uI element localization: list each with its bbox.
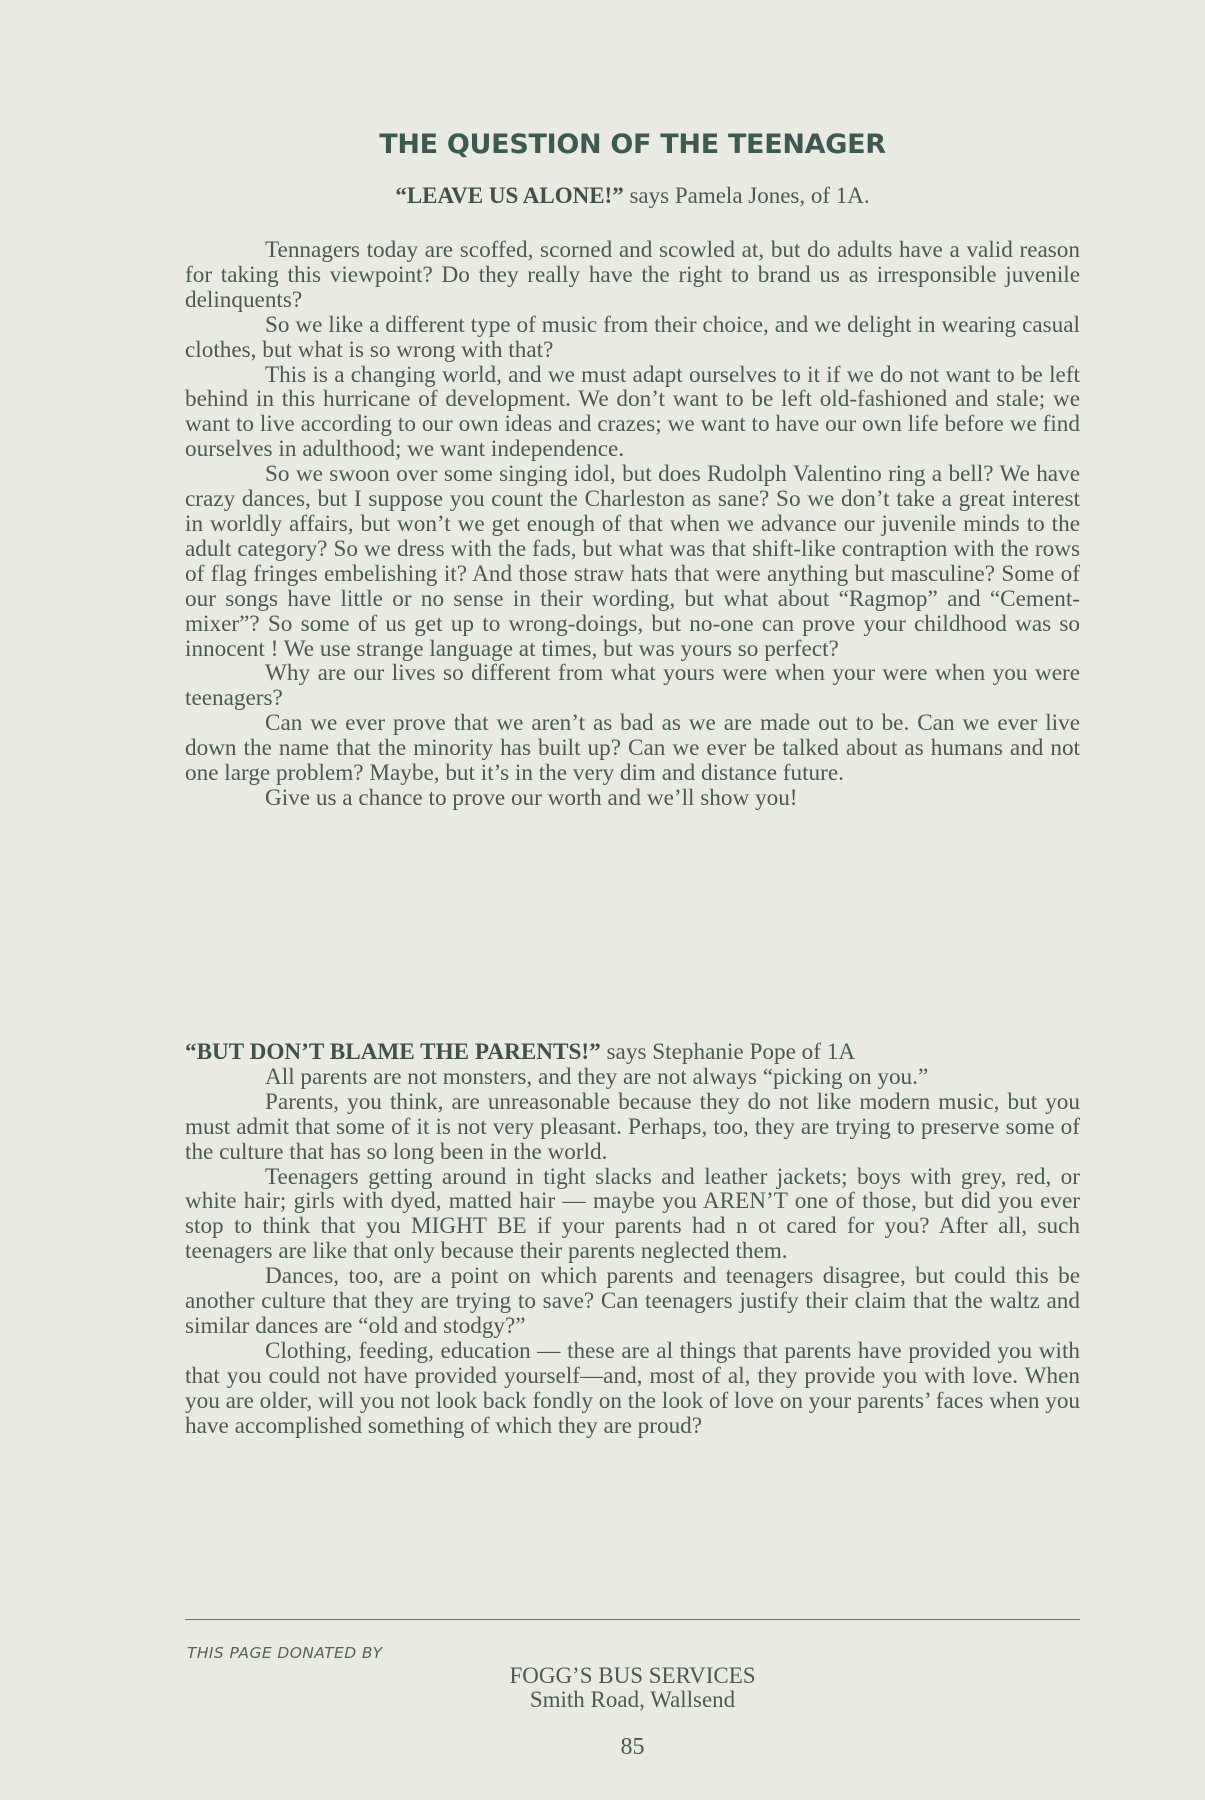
donated-label: THIS PAGE DONATED BY [187,1644,383,1662]
paragraph: This is a changing world, and we must ad… [185,363,1080,463]
paragraph: Teenagers getting around in tight slacks… [185,1165,1080,1265]
section-2-byline: “BUT DON’T BLAME THE PARENTS!” says Step… [185,1040,1080,1065]
sponsor-name: FOGG’S BUS SERVICES [185,1664,1080,1688]
paragraph: Can we ever prove that we aren’t as bad … [185,711,1080,786]
page-number: 85 [185,1734,1080,1761]
article-title: THE QUESTION OF THE TEENAGER [185,129,1080,160]
paragraph: All parents are not monsters, and they a… [185,1065,1080,1090]
paragraph: Parents, you think, are unreasonable bec… [185,1090,1080,1165]
paragraph: Give us a chance to prove our worth and … [185,786,1080,811]
section-1-author: says Pamela Jones, of 1A. [624,183,870,208]
paragraph: Dances, too, are a point on which parent… [185,1264,1080,1339]
paragraph: Tennagers today are scoffed, scorned and… [185,238,1080,313]
section-2-author: says Stephanie Pope of 1A [601,1039,855,1065]
paragraph: Clothing, feeding, education — these are… [185,1339,1080,1439]
paragraph: So we like a different type of music fro… [185,313,1080,363]
section-1-byline: “LEAVE US ALONE!” says Pamela Jones, of … [185,183,1080,209]
section-1-headline-quote: “LEAVE US ALONE!” [395,183,623,208]
section-2-body: “BUT DON’T BLAME THE PARENTS!” says Step… [185,1040,1080,1439]
paragraph: Why are our lives so different from what… [185,661,1080,711]
footer-divider [185,1619,1080,1620]
paragraph: So we swoon over some singing idol, but … [185,462,1080,661]
sponsor-address: Smith Road, Wallsend [185,1688,1080,1712]
section-2-headline-quote: “BUT DON’T BLAME THE PARENTS!” [185,1039,601,1065]
section-1-body: Tennagers today are scoffed, scorned and… [185,238,1080,811]
